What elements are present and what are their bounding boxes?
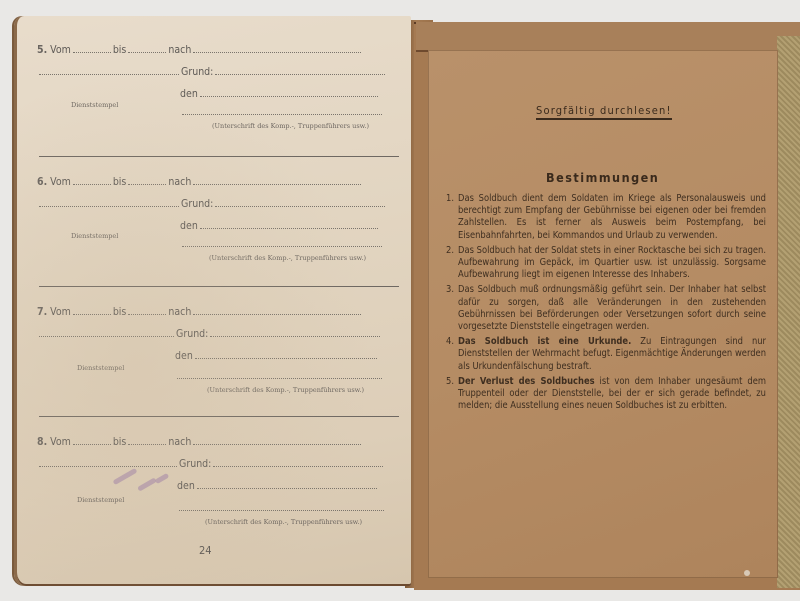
regulation-item: 1. Das Soldbuch dient dem Soldaten im Kr…	[446, 193, 766, 242]
separator-line	[39, 416, 399, 417]
den-label: den	[180, 220, 198, 232]
signature-label: (Unterschrift des Komp.-, Truppenführers…	[209, 254, 366, 262]
stamp-ink-mark	[155, 473, 170, 484]
regulation-number: 1.	[446, 193, 458, 242]
den-field[interactable]	[200, 88, 378, 97]
regulation-item: 5. Der Verlust des Soldbuches ist von de…	[446, 376, 766, 413]
cover-flap	[416, 22, 800, 52]
bis-label: bis	[113, 176, 127, 188]
right-page: Sorgfältig durchlesen! Bestimmungen 1. D…	[428, 50, 778, 578]
den-field[interactable]	[200, 220, 378, 229]
den-field[interactable]	[195, 350, 377, 359]
separator-line	[39, 286, 399, 287]
grund-label: Grund:	[181, 198, 213, 210]
stamp-label: Dienststempel	[77, 496, 124, 504]
reason-prefix-field[interactable]	[39, 198, 179, 207]
regulation-bold-text: Der Verlust des Soldbuches	[458, 376, 595, 387]
separator-line	[39, 156, 399, 157]
page-number: 24	[199, 544, 212, 557]
left-page: 5. Vom bis nach Grund: den Dienststempel…	[14, 16, 411, 586]
vom-field[interactable]	[73, 436, 111, 445]
regulations-list: 1. Das Soldbuch dient dem Soldaten im Kr…	[446, 193, 766, 415]
regulation-item: 2. Das Soldbuch hat der Soldat stets in …	[446, 245, 766, 282]
entry-number: 7.	[37, 306, 47, 318]
regulation-text: Das Soldbuch dient dem Soldaten im Krieg…	[458, 193, 766, 241]
stamp-label: Dienststempel	[71, 101, 118, 109]
grund-label: Grund:	[179, 458, 211, 470]
signature-label: (Unterschrift des Komp.-, Truppenführers…	[212, 122, 369, 130]
signature-label: (Unterschrift des Komp.-, Truppenführers…	[207, 386, 364, 394]
stamp-label: Dienststempel	[77, 364, 124, 372]
reason-prefix-field[interactable]	[39, 458, 177, 467]
bis-field[interactable]	[128, 306, 166, 315]
bis-label: bis	[113, 436, 127, 448]
grund-field[interactable]	[210, 328, 380, 337]
vom-field[interactable]	[73, 176, 111, 185]
signature-field[interactable]	[182, 238, 382, 247]
bis-field[interactable]	[128, 44, 166, 53]
den-field[interactable]	[197, 480, 377, 489]
stamp-ink-mark	[137, 477, 157, 491]
vom-label: Vom	[50, 306, 71, 318]
reason-prefix-field[interactable]	[39, 328, 174, 337]
nach-field[interactable]	[193, 44, 361, 53]
bis-field[interactable]	[128, 436, 166, 445]
grund-label: Grund:	[176, 328, 208, 340]
nach-field[interactable]	[193, 436, 361, 445]
regulation-item: 3. Das Soldbuch muß ordnungsmäßig geführ…	[446, 284, 766, 333]
grund-field[interactable]	[215, 198, 385, 207]
entry-5: 5. Vom bis nach Grund: den Dienststempel…	[37, 44, 399, 172]
bis-field[interactable]	[128, 176, 166, 185]
grund-field[interactable]	[215, 66, 385, 75]
regulation-number: 2.	[446, 245, 458, 282]
vom-label: Vom	[50, 44, 71, 56]
entry-number: 6.	[37, 176, 47, 188]
regulation-text: Das Soldbuch hat der Soldat stets in ein…	[458, 245, 766, 280]
vom-field[interactable]	[73, 44, 111, 53]
bis-label: bis	[113, 306, 127, 318]
vom-label: Vom	[50, 176, 71, 188]
regulation-number: 3.	[446, 284, 458, 333]
entry-number: 8.	[37, 436, 47, 448]
entry-number: 5.	[37, 44, 47, 56]
regulation-text: Das Soldbuch muß ordnungsmäßig geführt s…	[458, 284, 766, 332]
nach-label: nach	[168, 436, 191, 448]
nach-field[interactable]	[193, 176, 361, 185]
regulation-item: 4. Das Soldbuch ist eine Urkunde. Zu Ein…	[446, 336, 766, 373]
entry-7: 7. Vom bis nach Grund: den Dienststempel…	[37, 306, 399, 434]
vom-field[interactable]	[73, 306, 111, 315]
reason-prefix-field[interactable]	[39, 66, 179, 75]
grund-field[interactable]	[213, 458, 383, 467]
grund-label: Grund:	[181, 66, 213, 78]
den-label: den	[180, 88, 198, 100]
regulations-heading: Bestimmungen	[546, 170, 659, 185]
entry-6: 6. Vom bis nach Grund: den Dienststempel…	[37, 176, 399, 304]
paper-spot	[744, 570, 750, 576]
den-label: den	[177, 480, 195, 492]
regulation-number: 4.	[446, 336, 458, 373]
nach-label: nach	[168, 44, 191, 56]
stamp-label: Dienststempel	[71, 232, 118, 240]
vom-label: Vom	[50, 436, 71, 448]
nach-label: nach	[168, 306, 191, 318]
regulation-number: 5.	[446, 376, 458, 413]
signature-label: (Unterschrift des Komp.-, Truppenführers…	[205, 518, 362, 526]
read-carefully-title: Sorgfältig durchlesen!	[536, 104, 672, 120]
cloth-binding-edge	[777, 36, 800, 588]
signature-field[interactable]	[177, 370, 382, 379]
nach-field[interactable]	[193, 306, 361, 315]
nach-label: nach	[168, 176, 191, 188]
den-label: den	[175, 350, 193, 362]
entry-8: 8. Vom bis nach Grund: den Dienststempel…	[37, 436, 399, 564]
bis-label: bis	[113, 44, 127, 56]
signature-field[interactable]	[182, 106, 382, 115]
stamp-ink-mark	[112, 468, 137, 485]
regulation-bold-text: Das Soldbuch ist eine Urkunde.	[458, 336, 631, 347]
signature-field[interactable]	[179, 502, 384, 511]
